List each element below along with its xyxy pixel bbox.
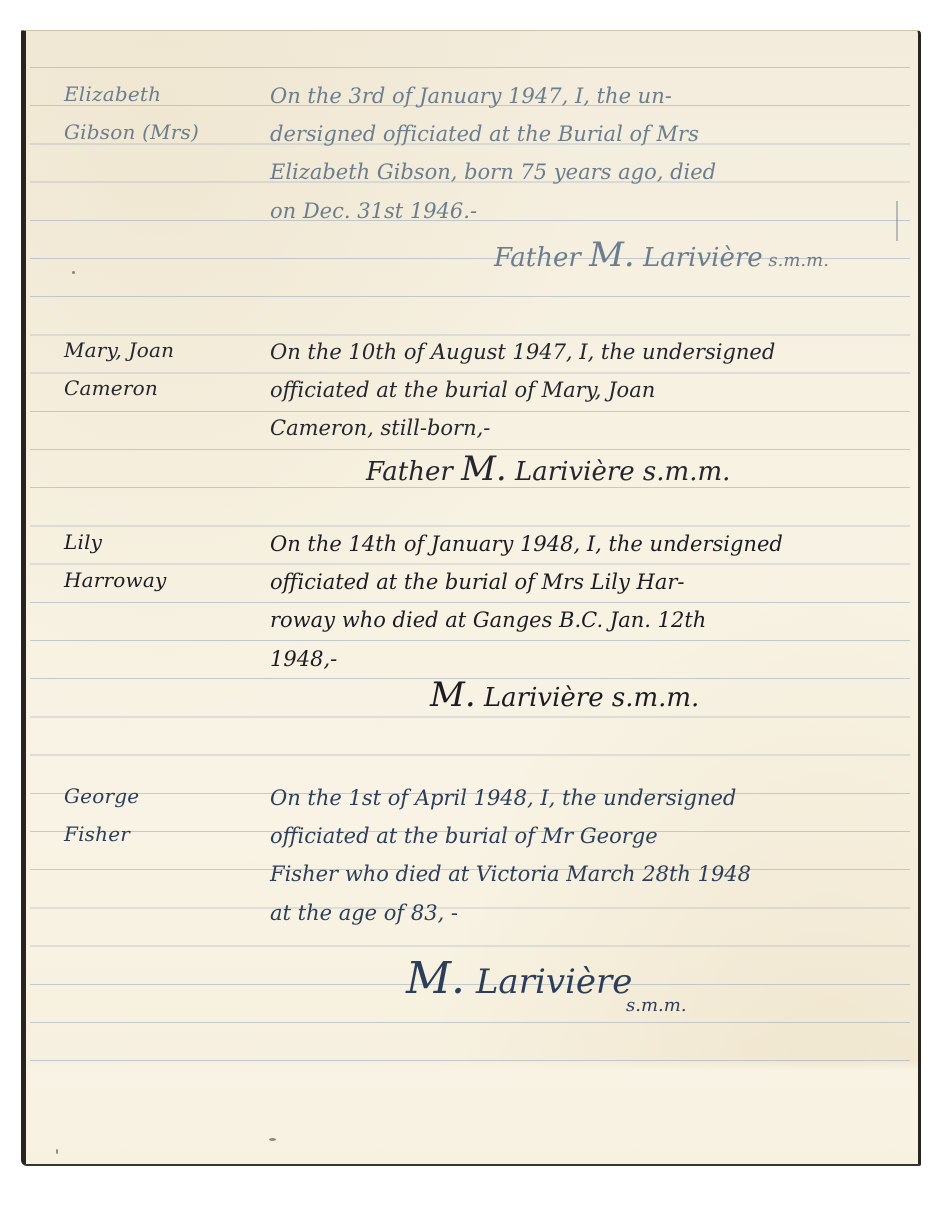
entry-text-line: On the 14th of January 1948, I, the unde… xyxy=(270,525,920,563)
entry-name: Elizabeth Gibson (Mrs) xyxy=(64,75,199,151)
entry-name: Mary, Joan Cameron xyxy=(64,331,174,407)
register-page: Elizabeth Gibson (Mrs) On the 3rd of Jan… xyxy=(21,30,921,1166)
entry-text-line: officiated at the burial of Mary, Joan xyxy=(270,371,920,409)
entry-text-line: On the 3rd of January 1947, I, the un- xyxy=(270,77,920,115)
entry-text-line: officiated at the burial of Mr George xyxy=(270,817,920,855)
entry-name: George Fisher xyxy=(64,777,139,853)
entry-text-line: roway who died at Ganges B.C. Jan. 12th xyxy=(270,601,920,639)
signature-order: s.m.m. xyxy=(604,683,700,713)
entry-text-line: Elizabeth Gibson, born 75 years ago, die… xyxy=(270,153,920,191)
signature-surname: Larivière xyxy=(476,683,604,713)
pencil-mark xyxy=(896,201,898,241)
priest-signature: M. Larivière xyxy=(406,953,632,1004)
entry-text: On the 3rd of January 1947, I, the un- d… xyxy=(270,77,920,230)
signature-order: s.m.m. xyxy=(763,250,829,271)
priest-signature: Father M. Larivière s.m.m. xyxy=(366,449,730,489)
paper-speck xyxy=(269,1138,276,1141)
entry-text-line: Fisher who died at Victoria March 28th 1… xyxy=(270,855,920,893)
signature-initial: M. xyxy=(589,235,635,275)
priest-signature: Father M. Larivière s.m.m. xyxy=(494,235,829,275)
entry-name: Lily Harroway xyxy=(64,523,166,599)
priest-signature: M. Larivière s.m.m. xyxy=(430,675,699,715)
entry-text: On the 14th of January 1948, I, the unde… xyxy=(270,525,920,678)
entry-text-line: 1948,- xyxy=(270,640,920,678)
signature-surname: Larivière xyxy=(465,962,632,1002)
entry-text-line: dersigned officiated at the Burial of Mr… xyxy=(270,115,920,153)
entry-text: On the 1st of April 1948, I, the undersi… xyxy=(270,779,920,932)
signature-initial: M. xyxy=(406,953,465,1004)
entry-text-line: On the 1st of April 1948, I, the undersi… xyxy=(270,779,920,817)
blank-bottom-margin xyxy=(26,1061,918,1164)
paper-speck xyxy=(72,271,75,274)
entry-text-line: on Dec. 31st 1946.- xyxy=(270,192,920,230)
signature-surname: Larivière xyxy=(507,457,635,487)
signature-title: Father xyxy=(494,243,589,273)
entry-text-line: On the 10th of August 1947, I, the under… xyxy=(270,333,920,371)
signature-initial: M. xyxy=(430,675,476,715)
signature-order: s.m.m. xyxy=(635,457,731,487)
entry-text-line: at the age of 83, - xyxy=(270,894,920,932)
entry-text: On the 10th of August 1947, I, the under… xyxy=(270,333,920,448)
signature-order: s.m.m. xyxy=(626,995,687,1016)
signature-title: Father xyxy=(366,457,461,487)
paper-speck xyxy=(56,1149,58,1154)
entry-text-line: officiated at the burial of Mrs Lily Har… xyxy=(270,563,920,601)
signature-surname: Larivière xyxy=(635,243,763,273)
entry-text-line: Cameron, still-born,- xyxy=(270,409,920,447)
priest-signature-order: s.m.m. xyxy=(626,995,687,1016)
signature-initial: M. xyxy=(461,449,507,489)
